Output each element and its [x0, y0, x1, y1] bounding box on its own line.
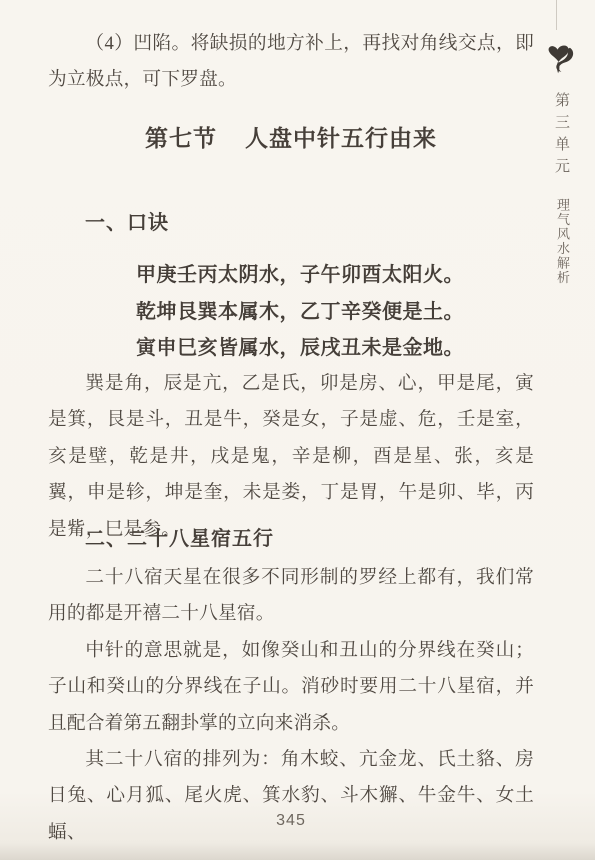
- verse-line: 寅申巳亥皆属水，辰戌丑未是金地。: [136, 329, 464, 366]
- star-mapping-paragraph: 巽是角，辰是亢，乙是氏，卯是房、心，甲是尾，寅是箕，艮是斗，丑是牛，癸是女，子是…: [48, 366, 534, 548]
- section-title-text: 人盘中针五行由来: [245, 120, 437, 153]
- intro-paragraph: （4）凹陷。将缺损的地方补上，再找对角线交点，即为立极点，可下罗盘。: [48, 26, 534, 99]
- paragraph-zhongzhen: 中针的意思就是，如像癸山和丑山的分界线在癸山；子山和癸山的分界线在子山。消砂时要…: [48, 633, 534, 742]
- calligraphic-heart-mark-icon: [543, 42, 577, 80]
- subsection-heading-koujue: 一、口诀: [85, 206, 169, 235]
- body-paragraphs: 二十八宿天星在很多不同形制的罗经上都有，我们常用的都是开禧二十八星宿。 中针的意…: [48, 560, 534, 851]
- sidebar-unit-label: 第三单元: [551, 92, 572, 180]
- paragraph-paixu: 其二十八宿的排列为：角木蛟、亢金龙、氏土貉、房日兔、心月狐、尾火虎、箕水豹、斗木…: [48, 742, 534, 851]
- page-number: 345: [48, 812, 534, 830]
- section-title: 第七节 人盘中针五行由来: [48, 120, 534, 153]
- section-title-number: 第七节: [145, 120, 217, 153]
- book-page: （4）凹陷。将缺损的地方补上，再找对角线交点，即为立极点，可下罗盘。 第七节 人…: [0, 0, 595, 860]
- sidebar-unit-title: 理气风水解析: [553, 198, 572, 285]
- paragraph-luojing: 二十八宿天星在很多不同形制的罗经上都有，我们常用的都是开禧二十八星宿。: [48, 560, 534, 633]
- verse-block: 甲庚壬丙太阴水，子午卯酉太阳火。 乾坤艮巽本属木，乙丁辛癸便是土。 寅申巳亥皆属…: [136, 256, 464, 366]
- subsection-heading-ershiba-xingxiu: 二、二十八星宿五行: [85, 522, 274, 551]
- verse-line: 乾坤艮巽本属木，乙丁辛癸便是土。: [136, 293, 464, 330]
- verse-line: 甲庚壬丙太阴水，子午卯酉太阳火。: [136, 256, 464, 293]
- scan-edge-line: [556, 0, 557, 30]
